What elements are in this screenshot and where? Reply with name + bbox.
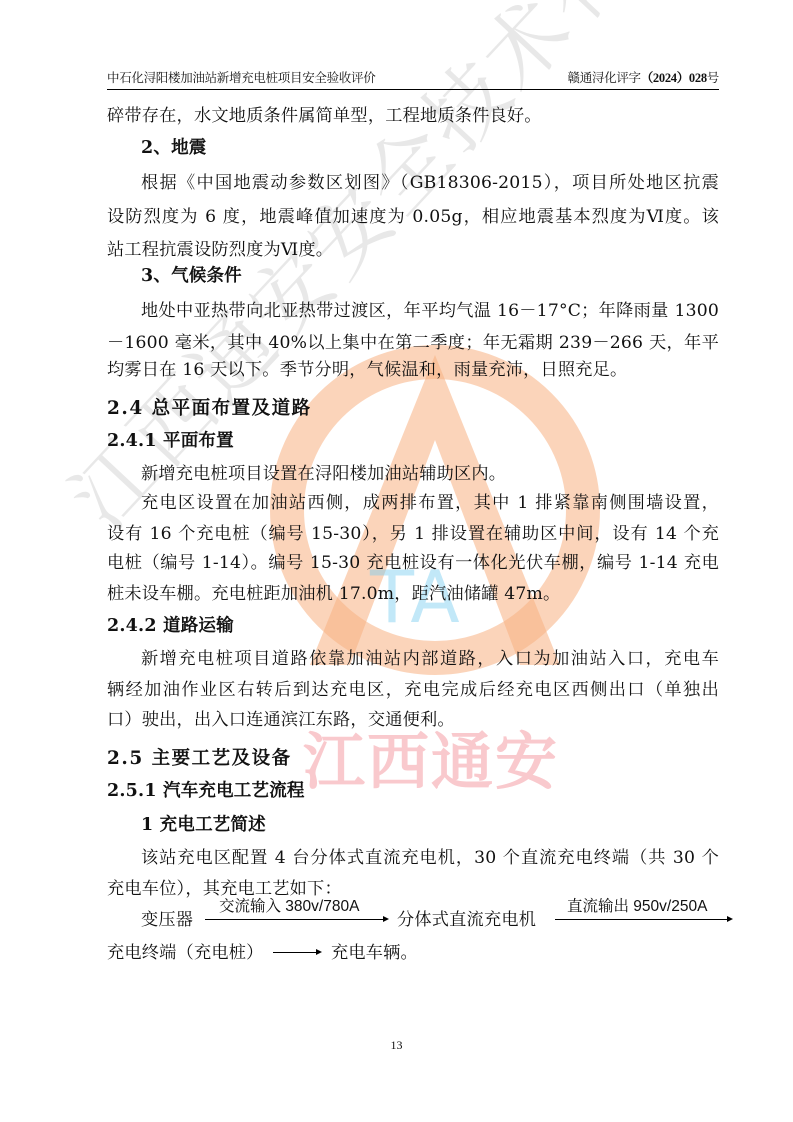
flow-step-charging-terminal: 充电终端（充电桩） [107, 938, 264, 963]
header-number-code: （2024）028 [641, 71, 707, 85]
heading-earthquake: 2、地震 [141, 134, 206, 159]
heading-section-2-4-1: 2.4.1 平面布置 [107, 427, 234, 452]
page-header: 中石化浔阳楼加油站新增充电桩项目安全验收评价 赣通浔化评字（2024）028号 [107, 69, 719, 90]
flow-step-transformer: 变压器 [141, 905, 193, 930]
paragraph-line: 均雾日在 16 天以下。季节分明，气候温和，雨量充沛，日照充足。 [107, 355, 627, 380]
paragraph-continuation: 碎带存在，水文地质条件属简单型，工程地质条件良好。 [107, 101, 542, 126]
paragraph-line: 根据《中国地震动参数区划图》（GB18306-2015），项目所处地区抗震 [141, 168, 719, 193]
flow-step-vehicle: 充电车辆。 [331, 938, 418, 963]
paragraph-line: 地处中亚热带向北亚热带过渡区，年平均气温 16－17°C；年降雨量 1300 [141, 296, 719, 321]
flow-arrow-right-icon [205, 919, 387, 920]
header-document-number: 赣通浔化评字（2024）028号 [568, 68, 719, 86]
paragraph-line: －1600 毫米，其中 40%以上集中在第二季度；年无霜期 239－266 天，… [107, 328, 719, 353]
header-number-suffix: 号 [707, 70, 719, 85]
flow-arrow2-label: 直流输出 950v/250A [567, 894, 707, 916]
flow-step-dc-charger: 分体式直流充电机 [397, 905, 536, 930]
paragraph-line: 站工程抗震设防烈度为Ⅵ度。 [107, 235, 333, 260]
flow-arrow-right-icon [273, 952, 320, 953]
paragraph-line: 设防烈度为 6 度，地震峰值加速度为 0.05g，相应地震基本烈度为Ⅵ度。该 [107, 202, 719, 227]
heading-section-2-5: 2.5 主要工艺及设备 [107, 744, 292, 770]
heading-section-2-5-1: 2.5.1 汽车充电工艺流程 [107, 777, 305, 802]
flow-arrow-right-icon [555, 919, 731, 920]
heading-section-2-4: 2.4 总平面布置及道路 [107, 394, 312, 420]
flow-arrow1-label: 交流输入 380v/780A [219, 894, 359, 916]
heading-charging-process: 1 充电工艺简述 [141, 811, 266, 836]
paragraph-line: 电桩（编号 1-14）。编号 15-30 充电桩设有一体化光伏车棚，编号 1-1… [107, 548, 719, 573]
page-number: 13 [0, 1038, 793, 1053]
header-document-title: 中石化浔阳楼加油站新增充电桩项目安全验收评价 [107, 68, 375, 86]
paragraph-line: 新增充电桩项目设置在浔阳楼加油站辅助区内。 [141, 459, 506, 484]
paragraph-line: 桩未设车棚。充电桩距加油机 17.0m，距汽油储罐 47m。 [107, 579, 560, 604]
heading-climate: 3、气候条件 [141, 262, 242, 287]
paragraph-line: 新增充电桩项目道路依靠加油站内部道路，入口为加油站入口，充电车 [141, 644, 719, 669]
header-number-prefix: 赣通浔化评字 [568, 70, 641, 85]
paragraph-line: 设有 16 个充电桩（编号 15-30），另 1 排设置在辅助区中间，设有 14… [107, 519, 719, 544]
paragraph-line: 口）驶出，出入口连通滨江东路，交通便利。 [107, 705, 455, 730]
paragraph-line: 该站充电区配置 4 台分体式直流充电机，30 个直流充电终端（共 30 个 [141, 843, 719, 868]
heading-section-2-4-2: 2.4.2 道路运输 [107, 612, 234, 637]
paragraph-line: 充电区设置在加油站西侧，成两排布置，其中 1 排紧靠南侧围墙设置， [141, 488, 719, 513]
paragraph-line: 辆经加油作业区右转后到达充电区，充电完成后经充电区西侧出口（单独出 [107, 675, 719, 700]
